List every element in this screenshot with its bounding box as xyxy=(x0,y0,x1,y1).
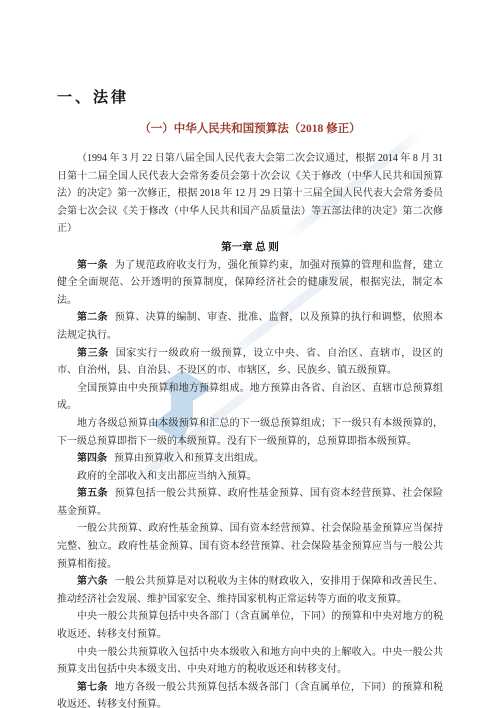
article-paragraph: 中央一般公共预算包括中央各部门（含直属单位，下同）的预算和中央对地方的税收返还、… xyxy=(57,608,443,643)
article-paragraph: 第三条国家实行一级政府一级预算，设立中央、省、自治区、直辖市，设区的市、自治州，… xyxy=(57,345,443,380)
chapter-heading: 第一章 总 则 xyxy=(57,239,443,257)
article-text: 中央一般公共预算包括中央各部门（含直属单位，下同）的预算和中央对地方的税收返还、… xyxy=(57,611,443,640)
article-lead: 第二条 xyxy=(77,312,108,323)
article-paragraph: 第六条一般公共预算是对以税收为主体的财政收入，安排用于保障和改善民生、推动经济社… xyxy=(57,573,443,608)
page-number: 1 xyxy=(0,658,500,668)
article-text: 政府的全部收入和支出都应当纳入预算。 xyxy=(77,471,257,482)
section-title: 一、法律 xyxy=(57,86,443,107)
article-paragraph: 政府的全部收入和支出都应当纳入预算。 xyxy=(57,468,443,486)
article-text: 全国预算由中央预算和地方预算组成。地方预算由各省、自治区、直辖市总预算组成。 xyxy=(57,383,443,412)
article-lead: 第五条 xyxy=(77,488,108,499)
article-paragraph: 地方各级总预算由本级预算和汇总的下一级总预算组成；下一级只有本级预算的，下一级总… xyxy=(57,415,443,450)
article-text: 一般公共预算、政府性基金预算、国有资本经营预算、社会保险基金预算应当保持完整、独… xyxy=(57,523,443,569)
law-title: （一）中华人民共和国预算法（2018 修正） xyxy=(57,120,443,136)
article-text: 地方各级一般公共预算包括本级各部门（含直属单位，下同）的预算和税收返还、转移支付… xyxy=(57,682,443,708)
article-lead: 第四条 xyxy=(77,453,107,464)
article-lead: 第一条 xyxy=(77,260,108,271)
article-text: 预算、决算的编制、审查、批准、监督，以及预算的执行和调整，依照本法规定执行。 xyxy=(57,312,443,341)
article-text: 国家实行一级政府一级预算，设立中央、省、自治区、直辖市，设区的市、自治州，县、自… xyxy=(57,348,443,377)
article-paragraph: 第七条地方各级一般公共预算包括本级各部门（含直属单位，下同）的预算和税收返还、转… xyxy=(57,679,443,708)
article-text: 预算包括一般公共预算、政府性基金预算、国有资本经营预算、社会保险基金预算。 xyxy=(57,488,443,517)
article-paragraph: 全国预算由中央预算和地方预算组成。地方预算由各省、自治区、直辖市总预算组成。 xyxy=(57,380,443,415)
article-lead: 第七条 xyxy=(77,682,108,693)
article-paragraph: 第一条为了规范政府收支行为，强化预算约束，加强对预算的管理和监督，建立健全全面规… xyxy=(57,257,443,310)
article-paragraph: 第四条预算由预算收入和预算支出组成。 xyxy=(57,450,443,468)
document-page: 一、法律 （一）中华人民共和国预算法（2018 修正） （1994 年 3 月 … xyxy=(0,0,500,708)
article-paragraph: 第二条预算、决算的编制、审查、批准、监督，以及预算的执行和调整，依照本法规定执行… xyxy=(57,309,443,344)
article-paragraph: 第五条预算包括一般公共预算、政府性基金预算、国有资本经营预算、社会保险基金预算。 xyxy=(57,485,443,520)
article-lead: 第三条 xyxy=(77,348,109,359)
article-text: 预算由预算收入和预算支出组成。 xyxy=(114,453,264,464)
article-text: 地方各级总预算由本级预算和汇总的下一级总预算组成；下一级只有本级预算的，下一级总… xyxy=(57,418,443,447)
article-paragraph: 一般公共预算、政府性基金预算、国有资本经营预算、社会保险基金预算应当保持完整、独… xyxy=(57,520,443,573)
article-text: 为了规范政府收支行为，强化预算约束，加强对预算的管理和监督，建立健全全面规范、公… xyxy=(57,260,443,306)
article-lead: 第六条 xyxy=(77,576,108,587)
preamble: （1994 年 3 月 22 日第八届全国人民代表大会第二次会议通过，根据 20… xyxy=(57,150,443,238)
article-text: 一般公共预算是对以税收为主体的财政收入，安排用于保障和改善民生、推动经济社会发展… xyxy=(57,576,443,605)
